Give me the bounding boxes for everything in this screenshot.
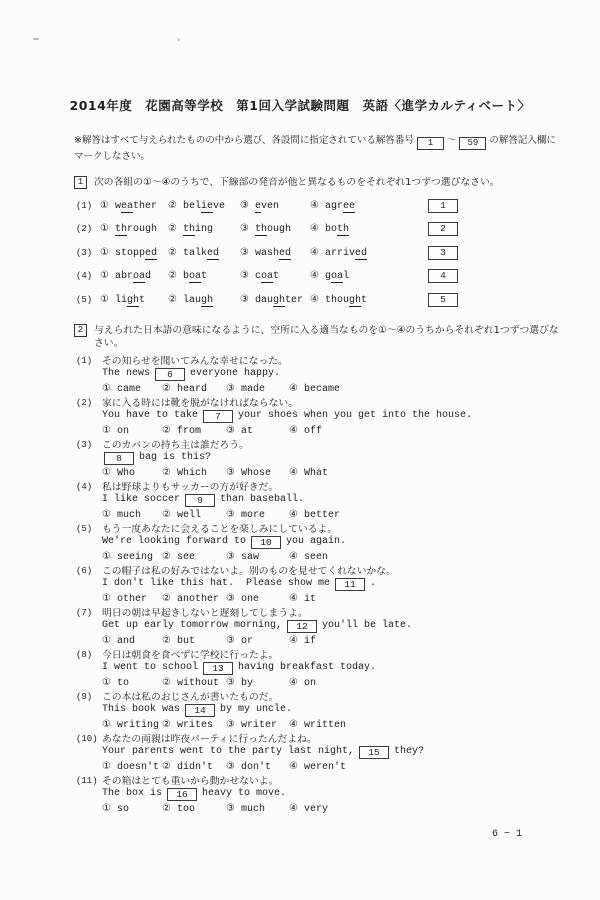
note-text-before: ※解答はすべて与えられたものの中から選び、各設問に指定されている解答番号 xyxy=(74,135,414,146)
option-marker: ③ xyxy=(240,270,249,281)
japanese-sentence: 今日は朝食を食べずに学校に行ったよ。 xyxy=(102,650,278,661)
word-underlined: th xyxy=(255,224,267,236)
japanese-line: (6)この帽子は私の好みではないよ。別のものを見せてくれないかな。 xyxy=(76,566,600,577)
pron-option: ④ both xyxy=(310,223,388,235)
fill-in-question-item: (1)その知らせを聞いてみんな幸せになった。 The news6everyone… xyxy=(76,356,600,398)
option-marker: ① xyxy=(100,270,109,281)
choices-line: ① on② from③ at④ off xyxy=(102,423,600,437)
option-marker: ④ xyxy=(289,509,298,520)
english-line: I don't like this hat. Please show me11. xyxy=(102,577,600,591)
japanese-line: (10)あなたの両親は昨夜パーティに行ったんだよね。 xyxy=(76,734,600,745)
choice-option: ② another xyxy=(162,593,226,605)
word-pre: dau xyxy=(255,295,273,306)
choice-option: ④ it xyxy=(289,593,316,605)
answer-number-range-end-box: 59 xyxy=(459,137,486,150)
word-pre: bel xyxy=(183,201,201,212)
fill-in-question-item: (4)私は野球よりもサッカーの方が好きだ。 I like soccer9than… xyxy=(76,482,600,524)
choice-option: ③ saw xyxy=(226,551,289,563)
option-text: better xyxy=(304,510,340,521)
choice-option: ③ at xyxy=(226,425,289,437)
japanese-sentence: 明日の朝は早起きしないと遅刻してしまうよ。 xyxy=(102,608,308,619)
option-marker: ④ xyxy=(289,425,298,436)
choices-line: ① much② well③ more④ better xyxy=(102,507,600,521)
option-text: to xyxy=(117,678,129,689)
answer-number-box: 11 xyxy=(335,578,365,591)
word-post: t xyxy=(361,295,367,306)
pron-option: ① stopped xyxy=(100,247,168,259)
option-marker: ③ xyxy=(226,635,235,646)
choice-option: ① much xyxy=(102,509,162,521)
option-marker: ③ xyxy=(226,593,235,604)
word-underlined: gh xyxy=(201,295,213,307)
japanese-sentence: 家に入る時には靴を脱がなければならない。 xyxy=(102,398,298,409)
option-marker: ① xyxy=(102,761,111,772)
word-underlined: ed xyxy=(145,248,157,260)
pron-option: ① light xyxy=(100,294,168,306)
section1-instruction: 次の各組の①～④のうちで、下線部の発音が他と異なるものをそれぞれ1つずつ選びなさ… xyxy=(94,176,500,189)
option-text: didn't xyxy=(177,762,213,773)
english-post: . xyxy=(370,578,376,589)
note-line-2: マークしなさい。 xyxy=(74,150,564,164)
item-label: (4) xyxy=(76,271,100,281)
option-marker: ③ xyxy=(240,200,249,211)
word-pre: bo xyxy=(325,224,337,235)
word-post: ter xyxy=(285,295,303,306)
option-marker: ④ xyxy=(289,761,298,772)
english-line: I like soccer9than baseball. xyxy=(102,493,600,507)
word-underlined: ed xyxy=(355,248,367,260)
option-text: writer xyxy=(241,720,277,731)
option-text: very xyxy=(304,804,328,815)
word-pre: arriv xyxy=(325,248,355,259)
pron-option: ② laugh xyxy=(168,294,240,306)
choice-option: ③ more xyxy=(226,509,289,521)
option-marker: ③ xyxy=(226,425,235,436)
exam-paper-page: 2014年度 花園高等学校 第1回入学試験問題 英語〈進学カルティベート〉 ※解… xyxy=(0,0,600,900)
answer-number-box: 13 xyxy=(203,662,233,675)
japanese-line: (9)この本は私のおじさんが書いたものだ。 xyxy=(76,692,600,703)
english-line: We're looking forward to10you again. xyxy=(102,535,600,549)
option-marker: ② xyxy=(162,761,171,772)
section2-instruction-line1: 与えられた日本語の意味になるように、空所に入る適当なものを①～④のうちからそれぞ… xyxy=(94,324,559,337)
english-line: 8bag is this? xyxy=(102,451,600,465)
pron-option: ② thing xyxy=(168,223,240,235)
option-text: well xyxy=(177,510,201,521)
choices-line: ① to② without③ by④ on xyxy=(102,675,600,689)
japanese-line: (11)その箱はとても重いから動かせないよ。 xyxy=(76,776,600,787)
word-post: ough xyxy=(267,224,291,235)
note-tilde: ～ xyxy=(447,135,457,146)
answer-number-box: 10 xyxy=(251,536,281,549)
pron-option: ④ goal xyxy=(310,270,388,282)
fill-in-question-item: (5)もう一度あなたに会えることを楽しみにしているよ。 We're lookin… xyxy=(76,524,600,566)
option-marker: ④ xyxy=(289,593,298,604)
pronunciation-question-row: (5)① light② laugh③ daughter④ thought5 xyxy=(76,288,600,312)
pron-option: ① through xyxy=(100,223,168,235)
section1-number-box: 1 xyxy=(74,176,87,189)
english-pre: You have to take xyxy=(102,410,198,421)
fill-in-question-item: (10)あなたの両親は昨夜パーティに行ったんだよね。 Your parents … xyxy=(76,734,600,776)
choices-line: ① so② too③ much④ very xyxy=(102,801,600,815)
choice-option: ① doesn't xyxy=(102,761,162,773)
english-pre: We're looking forward to xyxy=(102,536,246,547)
english-post: heavy to move. xyxy=(202,788,286,799)
option-text: on xyxy=(304,678,316,689)
english-pre: Get up early tomorrow morning, xyxy=(102,620,282,631)
pron-option: ③ coat xyxy=(240,270,310,282)
fill-in-question-item: (11)その箱はとても重いから動かせないよ。 The box is16heavy… xyxy=(76,776,600,818)
option-marker: ③ xyxy=(226,467,235,478)
choice-option: ① other xyxy=(102,593,162,605)
japanese-line: (8)今日は朝食を食べずに学校に行ったよ。 xyxy=(76,650,600,661)
choices-line: ① other② another③ one④ it xyxy=(102,591,600,605)
option-marker: ② xyxy=(168,200,177,211)
item-label: (9) xyxy=(76,692,102,703)
option-marker: ② xyxy=(162,635,171,646)
choices-line: ① writing② writes③ writer④ written xyxy=(102,717,600,731)
english-line: The news6everyone happy. xyxy=(102,367,600,381)
choice-option: ② see xyxy=(162,551,226,563)
option-text: by xyxy=(241,678,253,689)
word-pre: thou xyxy=(325,295,349,306)
item-label: (7) xyxy=(76,608,102,619)
fill-in-question-item: (3)このカバンの持ち主は誰だろう。 8bag is this? ① Who② … xyxy=(76,440,600,482)
word-underlined: oa xyxy=(331,271,343,283)
choice-option: ① writing xyxy=(102,719,162,731)
choice-option: ② from xyxy=(162,425,226,437)
japanese-sentence: もう一度あなたに会えることを楽しみにしているよ。 xyxy=(102,524,337,535)
english-pre: I went to school xyxy=(102,662,198,673)
option-marker: ③ xyxy=(240,223,249,234)
pron-option: ② talked xyxy=(168,247,240,259)
option-text: but xyxy=(177,636,195,647)
section2-items: (1)その知らせを聞いてみんな幸せになった。 The news6everyone… xyxy=(76,356,600,818)
note-text-after: の解答記入欄に xyxy=(489,135,556,146)
choice-option: ③ by xyxy=(226,677,289,689)
option-marker: ② xyxy=(168,223,177,234)
english-post: bag is this? xyxy=(139,452,211,463)
japanese-sentence: この帽子は私の好みではないよ。別のものを見せてくれないかな。 xyxy=(102,566,396,577)
choice-option: ① so xyxy=(102,803,162,815)
answer-number-box: 12 xyxy=(287,620,317,633)
word-underlined: ie xyxy=(201,201,213,213)
option-marker: ② xyxy=(168,270,177,281)
option-marker: ③ xyxy=(226,509,235,520)
option-text: What xyxy=(304,468,328,479)
word-underlined: ed xyxy=(279,248,291,260)
option-text: weren't xyxy=(304,762,346,773)
item-label: (1) xyxy=(76,201,100,211)
item-label: (5) xyxy=(76,524,102,535)
option-marker: ① xyxy=(102,677,111,688)
japanese-line: (3)このカバンの持ち主は誰だろう。 xyxy=(76,440,600,451)
answer-number-range-start-box: 1 xyxy=(417,137,444,150)
option-text: much xyxy=(117,510,141,521)
answer-number-box: 1 xyxy=(428,199,458,213)
choices-line: ① and② but③ or④ if xyxy=(102,633,600,647)
choices-line: ① doesn't② didn't③ don't④ weren't xyxy=(102,759,600,773)
english-post: by my uncle. xyxy=(220,704,292,715)
option-text: writes xyxy=(177,720,213,731)
scan-artifact xyxy=(33,38,39,40)
choice-option: ① came xyxy=(102,383,162,395)
japanese-line: (5)もう一度あなたに会えることを楽しみにしているよ。 xyxy=(76,524,600,535)
fill-in-question-item: (7)明日の朝は早起きしないと遅刻してしまうよ。 Get up early to… xyxy=(76,608,600,650)
option-text: much xyxy=(241,804,265,815)
option-marker: ② xyxy=(162,677,171,688)
japanese-sentence: その知らせを聞いてみんな幸せになった。 xyxy=(102,356,288,367)
option-text: or xyxy=(241,636,253,647)
fill-in-question-item: (6)この帽子は私の好みではないよ。別のものを見せてくれないかな。 I don'… xyxy=(76,566,600,608)
item-label: (5) xyxy=(76,295,100,305)
word-underlined: gh xyxy=(273,295,285,307)
option-text: writing xyxy=(117,720,159,731)
pron-option: ④ thought xyxy=(310,294,388,306)
option-marker: ④ xyxy=(310,270,319,281)
page-number: 6 − 1 xyxy=(492,829,522,840)
english-line: You have to take7your shoes when you get… xyxy=(102,409,600,423)
word-underlined: ee xyxy=(343,201,355,213)
choice-option: ④ very xyxy=(289,803,328,815)
choice-option: ③ writer xyxy=(226,719,289,731)
choice-option: ④ seen xyxy=(289,551,328,563)
choice-option: ② writes xyxy=(162,719,226,731)
item-label: (2) xyxy=(76,224,100,234)
pron-option: ③ though xyxy=(240,223,310,235)
english-post: your shoes when you get into the house. xyxy=(238,410,472,421)
item-label: (4) xyxy=(76,482,102,493)
choice-option: ④ What xyxy=(289,467,328,479)
choice-option: ② well xyxy=(162,509,226,521)
option-marker: ④ xyxy=(310,247,319,258)
choice-option: ① Who xyxy=(102,467,162,479)
word-post: t xyxy=(139,295,145,306)
option-marker: ④ xyxy=(289,467,298,478)
word-underlined: oa xyxy=(133,271,145,283)
japanese-sentence: 私は野球よりもサッカーの方が好きだ。 xyxy=(102,482,278,493)
section2-number-box: 2 xyxy=(74,324,87,337)
word-underlined: oa xyxy=(261,271,273,283)
section2-instruction-line2: さい。 xyxy=(94,337,600,350)
english-pre: The news xyxy=(102,368,150,379)
section2-header: 2 与えられた日本語の意味になるように、空所に入る適当なものを①～④のうちからそ… xyxy=(74,324,570,337)
choice-option: ① on xyxy=(102,425,162,437)
option-text: one xyxy=(241,594,259,605)
option-text: more xyxy=(241,510,265,521)
item-label: (3) xyxy=(76,440,102,451)
option-marker: ② xyxy=(162,425,171,436)
option-marker: ④ xyxy=(310,200,319,211)
option-marker: ② xyxy=(162,467,171,478)
option-marker: ④ xyxy=(289,635,298,646)
word-underlined: gh xyxy=(349,295,361,307)
fill-in-question-item: (8)今日は朝食を食べずに学校に行ったよ。 I went to school13… xyxy=(76,650,600,692)
word-underlined: ed xyxy=(207,248,219,260)
word-pre: wash xyxy=(255,248,279,259)
japanese-line: (7)明日の朝は早起きしないと遅刻してしまうよ。 xyxy=(76,608,600,619)
english-line: I went to school13having breakfast today… xyxy=(102,661,600,675)
option-marker: ② xyxy=(162,551,171,562)
word-underlined: th xyxy=(115,224,127,236)
english-pre: Your parents went to the party last nigh… xyxy=(102,746,354,757)
english-pre: This book was xyxy=(102,704,180,715)
section1-rows: (1)① weather② believe③ even④ agree1 (2)①… xyxy=(76,194,600,312)
pronunciation-question-row: (1)① weather② believe③ even④ agree1 xyxy=(76,194,600,218)
choice-option: ① to xyxy=(102,677,162,689)
word-post: ve xyxy=(213,201,225,212)
option-text: and xyxy=(117,636,135,647)
english-post: having breakfast today. xyxy=(238,662,376,673)
scan-artifact xyxy=(177,38,180,41)
item-label: (6) xyxy=(76,566,102,577)
choice-option: ② didn't xyxy=(162,761,226,773)
english-post: than baseball. xyxy=(220,494,304,505)
word-post: ing xyxy=(195,224,213,235)
pron-option: ① abroad xyxy=(100,270,168,282)
option-text: written xyxy=(304,720,346,731)
english-line: The box is16heavy to move. xyxy=(102,787,600,801)
option-text: it xyxy=(304,594,316,605)
option-marker: ① xyxy=(100,294,109,305)
english-line: This book was14by my uncle. xyxy=(102,703,600,717)
choice-option: ② Which xyxy=(162,467,226,479)
exam-title: 2014年度 花園高等学校 第1回入学試験問題 英語〈進学カルティベート〉 xyxy=(0,0,600,114)
option-marker: ② xyxy=(168,247,177,258)
choice-option: ① seeing xyxy=(102,551,162,563)
english-post: everyone happy. xyxy=(190,368,280,379)
english-post: you again. xyxy=(286,536,346,547)
choice-option: ④ weren't xyxy=(289,761,346,773)
choice-option: ① and xyxy=(102,635,162,647)
choices-line: ① Who② Which③ Whose④ What xyxy=(102,465,600,479)
answer-number-box: 7 xyxy=(203,410,233,423)
option-marker: ① xyxy=(102,635,111,646)
japanese-line: (1)その知らせを聞いてみんな幸せになった。 xyxy=(76,356,600,367)
choice-option: ③ Whose xyxy=(226,467,289,479)
option-marker: ④ xyxy=(289,551,298,562)
word-post: ven xyxy=(261,201,279,212)
option-text: became xyxy=(304,384,340,395)
item-label: (11) xyxy=(76,776,102,787)
option-text: from xyxy=(177,426,201,437)
japanese-sentence: この本は私のおじさんが書いたものだ。 xyxy=(102,692,278,703)
answer-instructions-note: ※解答はすべて与えられたものの中から選び、各設問に指定されている解答番号1～59… xyxy=(74,134,564,164)
word-pre: lau xyxy=(183,295,201,306)
option-text: don't xyxy=(241,762,271,773)
choice-option: ④ on xyxy=(289,677,316,689)
option-text: Whose xyxy=(241,468,271,479)
item-label: (10) xyxy=(76,734,102,745)
word-post: d xyxy=(145,271,151,282)
option-marker: ④ xyxy=(310,294,319,305)
option-marker: ③ xyxy=(226,803,235,814)
option-text: on xyxy=(117,426,129,437)
option-marker: ④ xyxy=(289,677,298,688)
english-pre: I like soccer xyxy=(102,494,180,505)
pron-option: ③ even xyxy=(240,200,310,212)
option-marker: ① xyxy=(100,247,109,258)
option-text: see xyxy=(177,552,195,563)
item-label: (1) xyxy=(76,356,102,367)
pron-option: ② boat xyxy=(168,270,240,282)
option-marker: ② xyxy=(162,803,171,814)
option-marker: ④ xyxy=(289,383,298,394)
option-text: too xyxy=(177,804,195,815)
option-marker: ① xyxy=(100,200,109,211)
japanese-sentence: あなたの両親は昨夜パーティに行ったんだよね。 xyxy=(102,734,317,745)
english-post: you'll be late. xyxy=(322,620,412,631)
option-marker: ④ xyxy=(310,223,319,234)
word-post: l xyxy=(343,271,349,282)
option-text: Who xyxy=(117,468,135,479)
english-pre: I don't like this hat. Please show me xyxy=(102,578,330,589)
choice-option: ④ off xyxy=(289,425,322,437)
option-marker: ③ xyxy=(226,551,235,562)
answer-number-box: 9 xyxy=(185,494,215,507)
choice-option: ④ if xyxy=(289,635,316,647)
word-post: t xyxy=(273,271,279,282)
choice-option: ③ made xyxy=(226,383,289,395)
answer-number-box: 5 xyxy=(428,293,458,307)
japanese-line: (2)家に入る時には靴を脱がなければならない。 xyxy=(76,398,600,409)
fill-in-question-item: (2)家に入る時には靴を脱がなければならない。 You have to take… xyxy=(76,398,600,440)
choices-line: ① came② heard③ made④ became xyxy=(102,381,600,395)
english-line: Your parents went to the party last nigh… xyxy=(102,745,600,759)
option-marker: ② xyxy=(162,593,171,604)
pron-option: ③ daughter xyxy=(240,294,310,306)
pronunciation-question-row: (3)① stopped② talked③ washed④ arrived3 xyxy=(76,241,600,265)
word-pre: talk xyxy=(183,248,207,259)
answer-number-box: 4 xyxy=(428,269,458,283)
option-marker: ③ xyxy=(226,761,235,772)
choice-option: ④ became xyxy=(289,383,340,395)
item-label: (2) xyxy=(76,398,102,409)
choice-option: ③ or xyxy=(226,635,289,647)
option-text: seen xyxy=(304,552,328,563)
word-post: rough xyxy=(127,224,157,235)
option-text: without xyxy=(177,678,219,689)
option-text: Which xyxy=(177,468,207,479)
english-line: Get up early tomorrow morning,12you'll b… xyxy=(102,619,600,633)
word-underlined: gh xyxy=(127,295,139,307)
choices-line: ① seeing② see③ saw④ seen xyxy=(102,549,600,563)
option-marker: ① xyxy=(102,803,111,814)
option-text: seeing xyxy=(117,552,153,563)
choice-option: ② too xyxy=(162,803,226,815)
pron-option: ① weather xyxy=(100,200,168,212)
fill-in-question-item: (9)この本は私のおじさんが書いたものだ。 This book was14by … xyxy=(76,692,600,734)
pronunciation-question-row: (4)① abroad② boat③ coat④ goal4 xyxy=(76,265,600,289)
pronunciation-question-row: (2)① through② thing③ though④ both2 xyxy=(76,218,600,242)
option-text: if xyxy=(304,636,316,647)
option-text: came xyxy=(117,384,141,395)
note-line-1: ※解答はすべて与えられたものの中から選び、各設問に指定されている解答番号1～59… xyxy=(74,134,564,150)
option-text: so xyxy=(117,804,129,815)
answer-number-box: 8 xyxy=(104,452,134,465)
word-underlined: th xyxy=(337,224,349,236)
option-marker: ② xyxy=(162,719,171,730)
option-marker: ④ xyxy=(289,719,298,730)
choice-option: ③ much xyxy=(226,803,289,815)
option-marker: ③ xyxy=(226,383,235,394)
option-marker: ② xyxy=(162,509,171,520)
choice-option: ④ better xyxy=(289,509,340,521)
option-text: made xyxy=(241,384,265,395)
japanese-line: (4)私は野球よりもサッカーの方が好きだ。 xyxy=(76,482,600,493)
option-marker: ④ xyxy=(289,803,298,814)
word-post: t xyxy=(201,271,207,282)
word-post: ther xyxy=(133,201,157,212)
